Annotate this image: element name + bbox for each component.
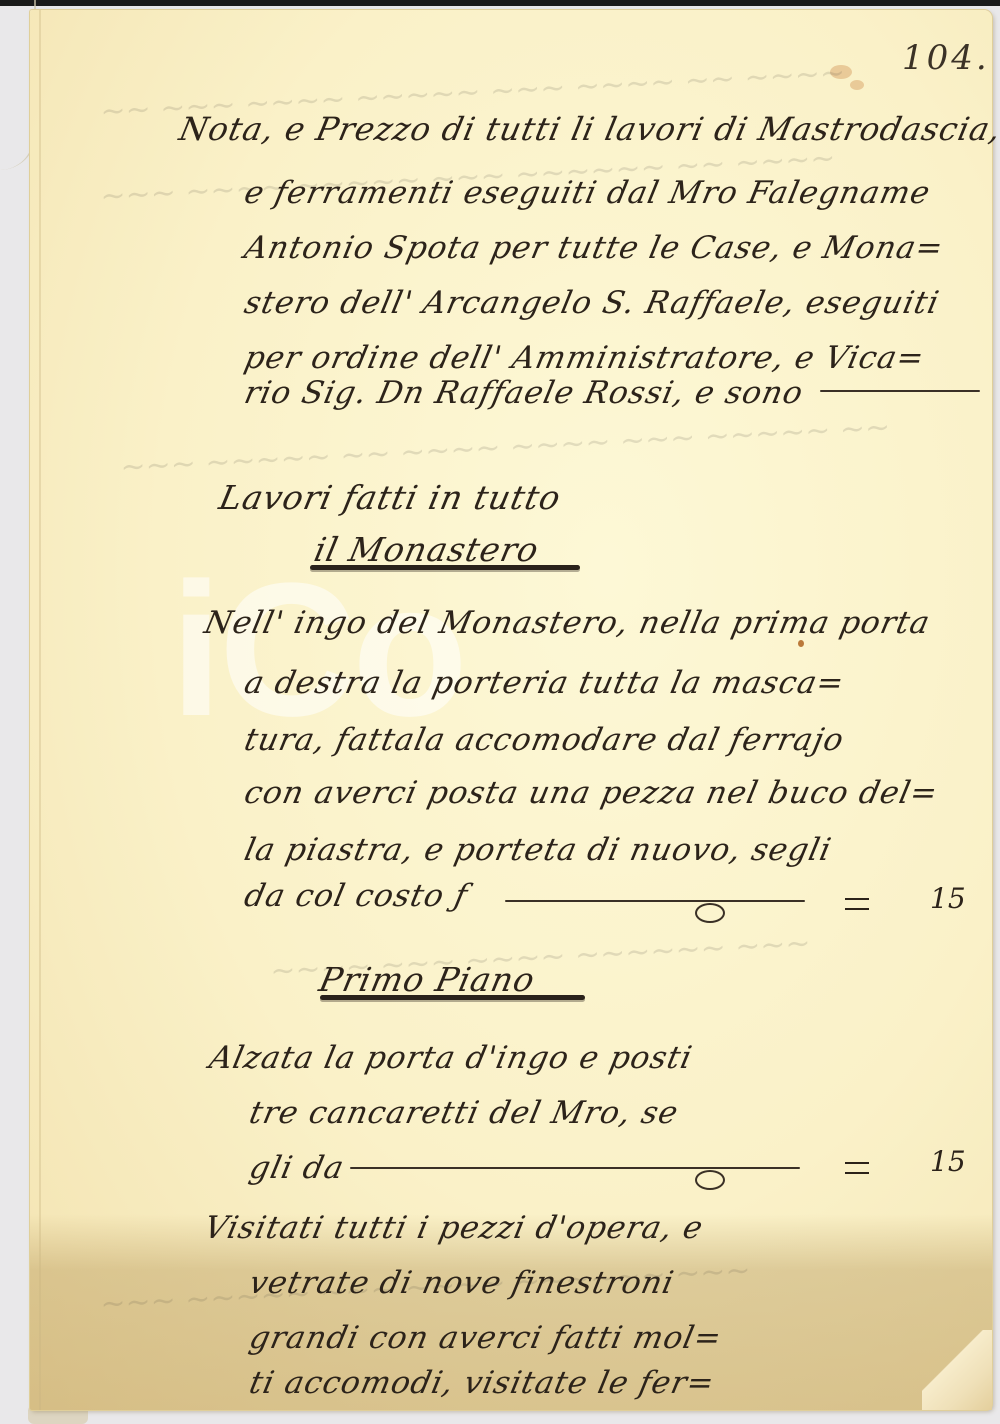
entry-line: Visitati tutti i pezzi d'opera, e — [201, 1210, 706, 1246]
amount: 15 — [930, 882, 966, 915]
entry-line: ti accomodi, visitate le fer= — [246, 1365, 718, 1401]
entry-line: a destra la porteria tutta la masca= — [241, 665, 848, 701]
ink-spot — [798, 640, 804, 647]
heading-underline — [320, 995, 585, 1000]
torn-corner — [922, 1330, 992, 1410]
watermark: iCo — [170, 570, 1000, 730]
heading-underline — [310, 565, 580, 570]
entry-line: Alzata la porta d'ingo e posti — [206, 1040, 696, 1076]
intro-line: rio Sig. Dn Raffaele Rossi, e sono — [241, 375, 807, 411]
entry-line: grandi con averci fatti mol= — [246, 1320, 725, 1356]
entry-line: da col costo ƒ — [241, 878, 471, 914]
intro-line: per ordine dell' Amministratore, e Vica= — [241, 340, 928, 376]
entry-line: con averci posta una pezza nel buco del= — [241, 775, 941, 811]
intro-line: Nota, e Prezzo di tutti li lavori di Mas… — [176, 110, 1000, 148]
foxing-stain — [850, 80, 864, 90]
entry-line: tura, fattala accomodare dal ferrajo — [241, 722, 847, 758]
entry-line: tre cancaretti del Mro, se — [246, 1095, 682, 1131]
intro-line: Antonio Spota per tutte le Case, e Mona= — [241, 230, 947, 266]
scan-top-border — [0, 0, 1000, 6]
flourish — [695, 903, 725, 923]
leader-rule — [505, 900, 805, 902]
leader-rule — [350, 1167, 800, 1169]
section-heading: Lavori fatti in tutto — [216, 478, 565, 517]
manuscript-page: ~~ ~~~ ~~~~ ~~~~~ ~~~ ~~~~ ~~ ~~~~ ~~~ ~… — [30, 10, 992, 1410]
intro-line: e ferramenti eseguiti dal Mro Falegname — [241, 175, 934, 211]
section-heading: il Monastero — [311, 530, 543, 569]
flourish — [695, 1170, 725, 1190]
entry-line: Nell' ingo del Monastero, nella prima po… — [201, 605, 933, 641]
section-heading: Primo Piano — [316, 960, 539, 999]
entry-line: vetrate di nove finestroni — [246, 1265, 677, 1301]
page-number: 104. — [902, 38, 990, 78]
foxing-stain — [830, 65, 852, 79]
closing-rule — [820, 390, 980, 392]
intro-line: stero dell' Arcangelo S. Raffaele, esegu… — [241, 285, 943, 321]
amount: 15 — [930, 1145, 966, 1178]
entry-line: la piastra, e porteta di nuovo, segli — [241, 832, 835, 868]
equals-mark — [845, 898, 869, 910]
equals-mark — [845, 1162, 869, 1174]
entry-line: gli da — [246, 1150, 348, 1186]
bleed-through-text: ~~~ ~~~~~ ~~ ~~~~ ~~~~ ~~~ ~~~~~ ~~ — [120, 410, 891, 485]
